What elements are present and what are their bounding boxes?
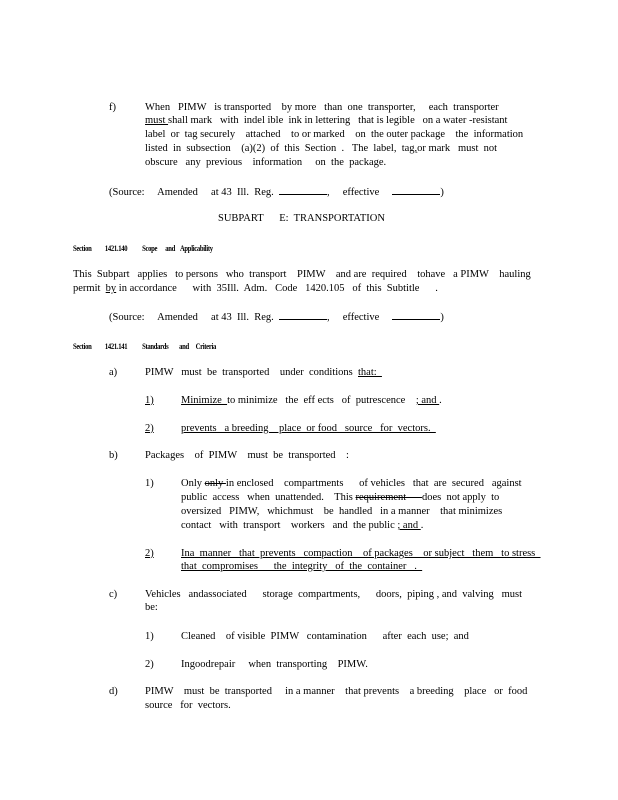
inserted-text: ; and: [397, 520, 420, 531]
source-prefix: (Source: Amended at 43 Ill. Reg.: [109, 187, 274, 198]
text: in accordance with 35Ill. Adm. Code 1420…: [116, 283, 438, 294]
item-b-1-line-3: oversized PIMW, whichmust be handled in …: [181, 505, 502, 518]
item-f-label: f): [109, 101, 116, 114]
item-c-2-text: Ingoodrepair when transporting PIMW.: [181, 658, 368, 671]
item-f-line-4: listed in subsection (a)(2) of this Sect…: [145, 142, 497, 155]
item-c-line-1: Vehicles andassociated storage compartme…: [145, 588, 522, 601]
comma: ,: [327, 312, 330, 323]
item-a-2-text: prevents a breeding place or food source…: [181, 422, 436, 435]
item-d-line-1: PIMW must be transported in a manner tha…: [145, 685, 527, 698]
section-title: Standards and Criteria: [142, 341, 216, 351]
text: contact with transport workers and the p…: [181, 520, 397, 531]
item-f-line-3: label or tag securely attached to or mar…: [145, 128, 523, 141]
item-a-text: PIMW must be transported under condition…: [145, 366, 382, 379]
item-d-label: d): [109, 685, 118, 698]
section-word: Section: [73, 341, 91, 351]
item-c-1-label: 1): [145, 630, 154, 643]
item-b-text: Packages of PIMW must be transported :: [145, 449, 349, 462]
source-prefix: (Source: Amended at 43 Ill. Reg.: [109, 312, 274, 323]
item-b-2-line-1: Ina manner that prevents compaction of p…: [181, 547, 541, 560]
text: listed in subsection (a)(2) of this Sect…: [145, 143, 415, 154]
close-paren: ): [440, 312, 444, 323]
item-a-1-label: 1): [145, 394, 154, 407]
inserted-text: that:: [358, 367, 382, 378]
text: does not apply to: [422, 492, 499, 503]
deleted-text: requirement: [355, 492, 421, 503]
inserted-text: by: [106, 283, 117, 294]
item-f-line-1: When PIMW is transported by more than on…: [145, 101, 499, 114]
item-f-line-5: obscure any previous information on the …: [145, 156, 386, 169]
section-heading-141: Section 1421.141 Standards and Criteria: [73, 340, 216, 353]
section-number: 1421.141: [105, 341, 127, 351]
text: .: [421, 520, 424, 531]
effective-label: effective: [343, 187, 380, 198]
deleted-text: only: [205, 478, 226, 489]
section-heading-140: Section 1421.140 Scope and Applicability: [73, 242, 213, 255]
text: public access when unattended. This: [181, 492, 355, 503]
item-b-1-line-4: contact with transport workers and the p…: [181, 519, 423, 532]
source-note-2: (Source: Amended at 43 Ill. Reg. , effec…: [109, 310, 444, 324]
text: .: [439, 395, 442, 406]
text: in enclosed compartments of vehicles tha…: [226, 478, 522, 489]
blank-field: [392, 185, 440, 195]
item-b-1-line-1: Only only in enclosed compartments of ve…: [181, 477, 522, 490]
inserted-text: must: [145, 115, 168, 126]
section-number: 1421.140: [105, 243, 127, 253]
blank-field: [279, 185, 327, 195]
item-a-2-label: 2): [145, 422, 154, 435]
text: to minimize the eff ects of putrescence: [227, 395, 416, 406]
item-a-1-text: Minimize to minimize the eff ects of put…: [181, 394, 442, 407]
item-b-1-label: 1): [145, 477, 154, 490]
section-word: Section: [73, 243, 91, 253]
inserted-text: ; and: [416, 395, 439, 406]
blank-field: [279, 310, 327, 320]
text: Only: [181, 478, 205, 489]
text: or mark must not: [417, 143, 497, 154]
effective-label: effective: [343, 312, 380, 323]
subpart-text-line-1: This Subpart applies to persons who tran…: [73, 268, 531, 281]
item-b-1-line-2: public access when unattended. This requ…: [181, 491, 499, 504]
close-paren: ): [440, 187, 444, 198]
text: PIMW must be transported under condition…: [145, 367, 358, 378]
inserted-text: Minimize: [181, 395, 227, 406]
item-a-label: a): [109, 366, 117, 379]
text: shall mark with indel ible ink in letter…: [168, 115, 507, 126]
item-b-2-label: 2): [145, 547, 154, 560]
comma: ,: [327, 187, 330, 198]
subpart-title: SUBPART E: TRANSPORTATION: [218, 212, 385, 225]
source-note-1: (Source: Amended at 43 Ill. Reg. , effec…: [109, 185, 444, 199]
item-c-2-label: 2): [145, 658, 154, 671]
item-b-label: b): [109, 449, 118, 462]
subpart-text-line-2: permit by in accordance with 35Ill. Adm.…: [73, 282, 438, 295]
item-c-label: c): [109, 588, 117, 601]
item-d-line-2: source for vectors.: [145, 699, 231, 712]
item-b-2-line-2: that compromises the integrity of the co…: [181, 560, 422, 573]
item-c-line-2: be:: [145, 601, 158, 614]
item-f-line-2: must shall mark with indel ible ink in l…: [145, 114, 507, 127]
text: permit: [73, 283, 106, 294]
blank-field: [392, 310, 440, 320]
item-c-1-text: Cleaned of visible PIMW contamination af…: [181, 630, 469, 643]
section-title: Scope and Applicability: [142, 243, 213, 253]
